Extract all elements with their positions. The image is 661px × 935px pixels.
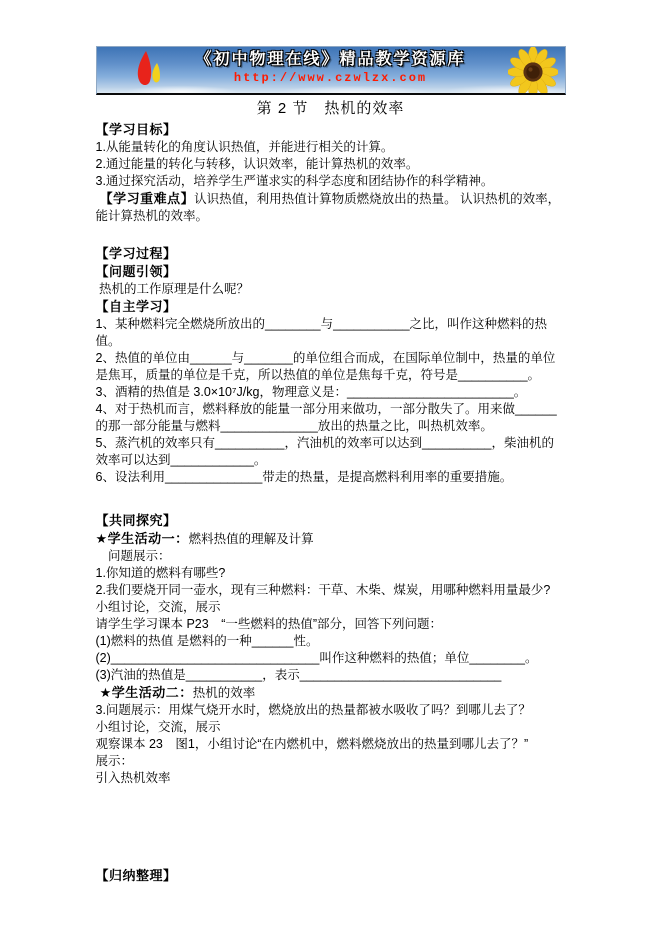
doc-line-text: 2、热值的单位由______与_______的单位组合而成，在国际单位制中，热量… (96, 351, 556, 382)
doc-line-text: (1)燃料的热值 是燃料的一种______性。 (96, 634, 319, 648)
doc-line: 6、设法利用______________带走的热量，是提高燃料利用率的重要措施。 (96, 469, 566, 486)
doc-line-heading: 【学习过程】 (96, 246, 177, 261)
doc-line-text: 观察课本 23 图1，小组讨论“在内燃机中，燃料燃烧放出的热量到哪儿去了？” (96, 737, 529, 751)
doc-line: (2)______________________________叫作这种燃料的… (96, 650, 566, 667)
doc-line-heading: ★学生活动二： (96, 685, 193, 700)
worksheet-page: 《初中物理在线》精品教学资源库 http://www.czwlzx.com (0, 0, 661, 935)
doc-line-text: 1.从能量转化的角度认识热值，并能进行相关的计算。 (96, 140, 394, 154)
doc-line-text: 2.通过能量的转化与转移，认识效率，能计算热机的效率。 (96, 157, 419, 171)
doc-line-text: 展示： (96, 754, 134, 768)
doc-line: ★学生活动二：热机的效率 (96, 684, 566, 702)
doc-line: 问题展示： (96, 548, 566, 565)
doc-line-text: 6、设法利用______________带走的热量，是提高燃料利用率的重要措施。 (96, 470, 513, 484)
doc-title: 第 2 节 热机的效率 (96, 100, 566, 118)
doc-line: (3)汽油的热值是___________，表示_________________… (96, 667, 566, 684)
doc-line: 3.通过探究活动，培养学生严谨求实的科学态度和团结协作的科学精神。 (96, 173, 566, 190)
doc-line-text: (2)______________________________叫作这种燃料的… (96, 651, 538, 665)
blank-space (96, 787, 566, 867)
doc-line: 【问题引领】 (96, 263, 566, 281)
doc-line-text: 热机的工作原理是什么呢？ (96, 282, 250, 296)
doc-line: ★学生活动一：燃料热值的理解及计算 (96, 530, 566, 548)
doc-line-text: 2.我们要烧开同一壶水，现有三种燃料：干草、木柴、煤炭，用哪种燃料用量最少? (96, 583, 551, 597)
doc-line: 【归纳整理】 (96, 867, 566, 885)
document-content: 《初中物理在线》精品教学资源库 http://www.czwlzx.com (96, 0, 566, 885)
doc-line: 3.问题展示：用煤气烧开水时，燃烧放出的热量都被水吸收了吗？到哪儿去了？ (96, 702, 566, 719)
doc-line: 热机的工作原理是什么呢？ (96, 281, 566, 298)
doc-line-text: 3.通过探究活动，培养学生严谨求实的科学态度和团结协作的科学精神。 (96, 174, 494, 188)
doc-line-text: 1.你知道的燃料有哪些? (96, 566, 226, 580)
blank-space (96, 486, 566, 512)
doc-line-text: 1、某种燃料完全燃烧所放出的________与___________之比，叫作这… (96, 317, 548, 348)
doc-line-text: 小组讨论，交流，展示 (96, 600, 221, 614)
flame-logo-icon (129, 50, 173, 90)
doc-line-text: 4、对于热机而言，燃料释放的能量一部分用来做功，一部分散失了。用来做______… (96, 402, 557, 433)
sunflower-icon (508, 47, 558, 95)
doc-line-text: 引入热机效率 (96, 771, 171, 785)
doc-line: 5、蒸汽机的效率只有__________，汽油机的效率可以达到_________… (96, 435, 566, 469)
doc-line: 【共同探究】 (96, 512, 566, 530)
doc-line-heading: 【自主学习】 (96, 299, 177, 314)
doc-line: 2.通过能量的转化与转移，认识效率，能计算热机的效率。 (96, 156, 566, 173)
doc-line-text: 问题展示： (96, 549, 171, 563)
site-banner: 《初中物理在线》精品教学资源库 http://www.czwlzx.com (96, 46, 566, 95)
doc-line: 小组讨论，交流，展示 (96, 599, 566, 616)
doc-line-heading: 【学习重难点】 (96, 191, 195, 206)
doc-line: 3、酒精的热值是 3.0×10⁷J/kg，物理意义是：_____________… (96, 384, 566, 401)
doc-line-text: 3.问题展示：用煤气烧开水时，燃烧放出的热量都被水吸收了吗？到哪儿去了？ (96, 703, 531, 717)
doc-line: 【学习目标】 (96, 121, 566, 139)
doc-line-text: 燃料热值的理解及计算 (189, 532, 314, 546)
blank-space (96, 225, 566, 245)
doc-line-text: 3、酒精的热值是 3.0×10⁷J/kg，物理意义是：_____________… (96, 385, 527, 399)
doc-line: 引入热机效率 (96, 770, 566, 787)
doc-line-heading: 【共同探究】 (96, 513, 177, 528)
doc-line: 2、热值的单位由______与_______的单位组合而成，在国际单位制中，热量… (96, 350, 566, 384)
doc-line: 展示： (96, 753, 566, 770)
doc-line: 2.我们要烧开同一壶水，现有三种燃料：干草、木柴、煤炭，用哪种燃料用量最少? (96, 582, 566, 599)
doc-line-text: 5、蒸汽机的效率只有__________，汽油机的效率可以达到_________… (96, 436, 555, 467)
doc-line: 1、某种燃料完全燃烧所放出的________与___________之比，叫作这… (96, 316, 566, 350)
doc-line: 请学生学习课本 P23 “一些燃料的热值”部分，回答下列问题： (96, 616, 566, 633)
doc-line-text: (3)汽油的热值是___________，表示_________________… (96, 668, 502, 682)
doc-line-heading: 【学习目标】 (96, 122, 177, 137)
doc-line-text: 热机的效率 (193, 686, 256, 700)
doc-line: 【学习过程】 (96, 245, 566, 263)
doc-line: 4、对于热机而言，燃料释放的能量一部分用来做功，一部分散失了。用来做______… (96, 401, 566, 435)
doc-line-text: 请学生学习课本 P23 “一些燃料的热值”部分，回答下列问题： (96, 617, 443, 631)
doc-line: 1.从能量转化的角度认识热值，并能进行相关的计算。 (96, 139, 566, 156)
doc-line: 小组讨论，交流，展示 (96, 719, 566, 736)
doc-body: 【学习目标】1.从能量转化的角度认识热值，并能进行相关的计算。2.通过能量的转化… (96, 121, 566, 885)
doc-line-heading: ★学生活动一： (96, 531, 189, 546)
doc-line-heading: 【归纳整理】 (96, 868, 177, 883)
doc-line: 观察课本 23 图1，小组讨论“在内燃机中，燃料燃烧放出的热量到哪儿去了？” (96, 736, 566, 753)
doc-line: 【自主学习】 (96, 298, 566, 316)
doc-line: (1)燃料的热值 是燃料的一种______性。 (96, 633, 566, 650)
doc-line-text: 小组讨论，交流，展示 (96, 720, 221, 734)
doc-line-heading: 【问题引领】 (96, 264, 177, 279)
doc-line: 【学习重难点】认识热值，利用热值计算物质燃烧放出的热量。 认识热机的效率，能计算… (96, 190, 566, 225)
doc-line: 1.你知道的燃料有哪些? (96, 565, 566, 582)
